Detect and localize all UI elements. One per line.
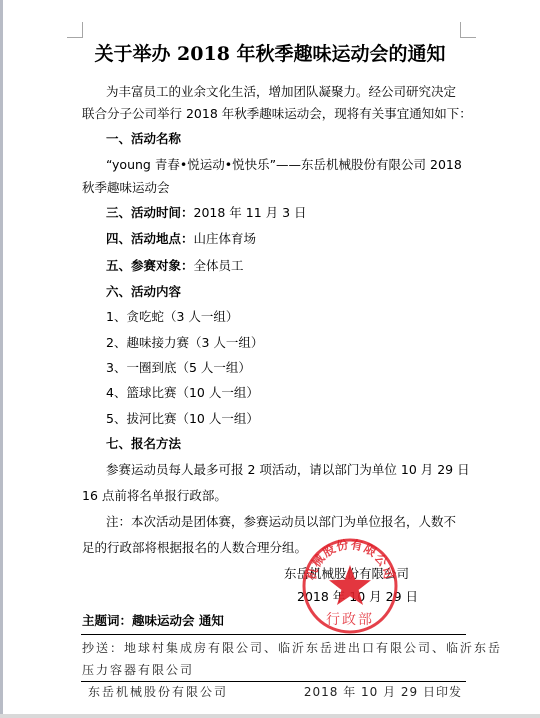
- page-gap: [0, 714, 540, 718]
- signature-company: 东岳机械股份有限公司: [284, 564, 409, 582]
- section-heading-name: 一、活动名称: [106, 131, 181, 147]
- content-item: 3、一圈到底（5 人一组）: [106, 360, 251, 376]
- participants-value: 全体员工: [194, 258, 244, 273]
- intro-line-1: 为丰富员工的业余文化生活，增加团队凝聚力。经公司研究决定: [106, 84, 456, 100]
- activity-participants: 五、参赛对象：全体员工: [106, 258, 244, 274]
- activity-name-line-1: “young 青春•悦运动•悦快乐”——东岳机械股份有限公司 2018: [106, 157, 462, 173]
- subject-value: 趣味运动会 通知: [132, 613, 224, 628]
- activity-time: 三、活动时间：2018 年 11 月 3 日: [106, 205, 307, 221]
- participants-heading: 五、参赛对象：: [106, 258, 194, 273]
- content-item: 1、贪吃蛇（3 人一组）: [106, 309, 238, 325]
- activity-place: 四、活动地点：山庄体育场: [106, 231, 256, 247]
- registration-line-2: 16 点前将名单报行政部。: [82, 488, 227, 504]
- time-value: 2018 年 11 月 3 日: [194, 205, 307, 220]
- section-heading-registration: 七、报名方法: [106, 436, 181, 452]
- section-heading-content: 六、活动内容: [106, 284, 181, 300]
- intro-line-2: 联合分子公司举行 2018 年秋季趣味运动会，现将有关事宜通知如下：: [82, 106, 472, 122]
- content-item: 5、拔河比赛（10 人一组）: [106, 411, 259, 427]
- cc-line-1: 抄送：地球村集成房有限公司、临沂东岳进出口有限公司、临沂东岳: [82, 640, 502, 656]
- content-item: 2、趣味接力赛（3 人一组）: [106, 335, 263, 351]
- page-corner-mark-left: [67, 22, 83, 38]
- divider-bottom: [81, 681, 466, 682]
- time-heading: 三、活动时间：: [106, 205, 194, 220]
- document-title: 关于举办 2018 年秋季趣味运动会的通知: [0, 39, 540, 66]
- place-value: 山庄体育场: [194, 231, 257, 246]
- place-heading: 四、活动地点：: [106, 231, 194, 246]
- registration-line-1: 参赛运动员每人最多可报 2 项活动，请以部门为单位 10 月 29 日: [106, 462, 470, 478]
- subject-label: 主题词：: [82, 613, 132, 628]
- content-item: 4、篮球比赛（10 人一组）: [106, 385, 259, 401]
- divider-top: [81, 634, 466, 635]
- footer-issuer: 东岳机械股份有限公司: [88, 683, 228, 700]
- activity-name-line-2: 秋季趣味运动会: [82, 180, 170, 196]
- note-line-2: 足的行政部将根据报名的人数合理分组。: [82, 540, 307, 556]
- cc-line-2: 压力容器有限公司: [82, 662, 194, 678]
- page-corner-mark-right: [460, 22, 476, 38]
- note-line-1: 注：本次活动是团体赛，参赛运动员以部门为单位报名，人数不: [106, 514, 456, 530]
- footer-issue-date: 2018 年 10 月 29 日印发: [304, 683, 462, 700]
- official-seal-stamp: 机械股份有限公司 行政部: [300, 536, 400, 636]
- window-edge: [0, 0, 3, 714]
- subject-words: 主题词：趣味运动会 通知: [82, 613, 224, 629]
- stamp-bottom-text: 行政部: [326, 612, 374, 628]
- signature-date: 2018 年 10 月 29 日: [297, 587, 418, 605]
